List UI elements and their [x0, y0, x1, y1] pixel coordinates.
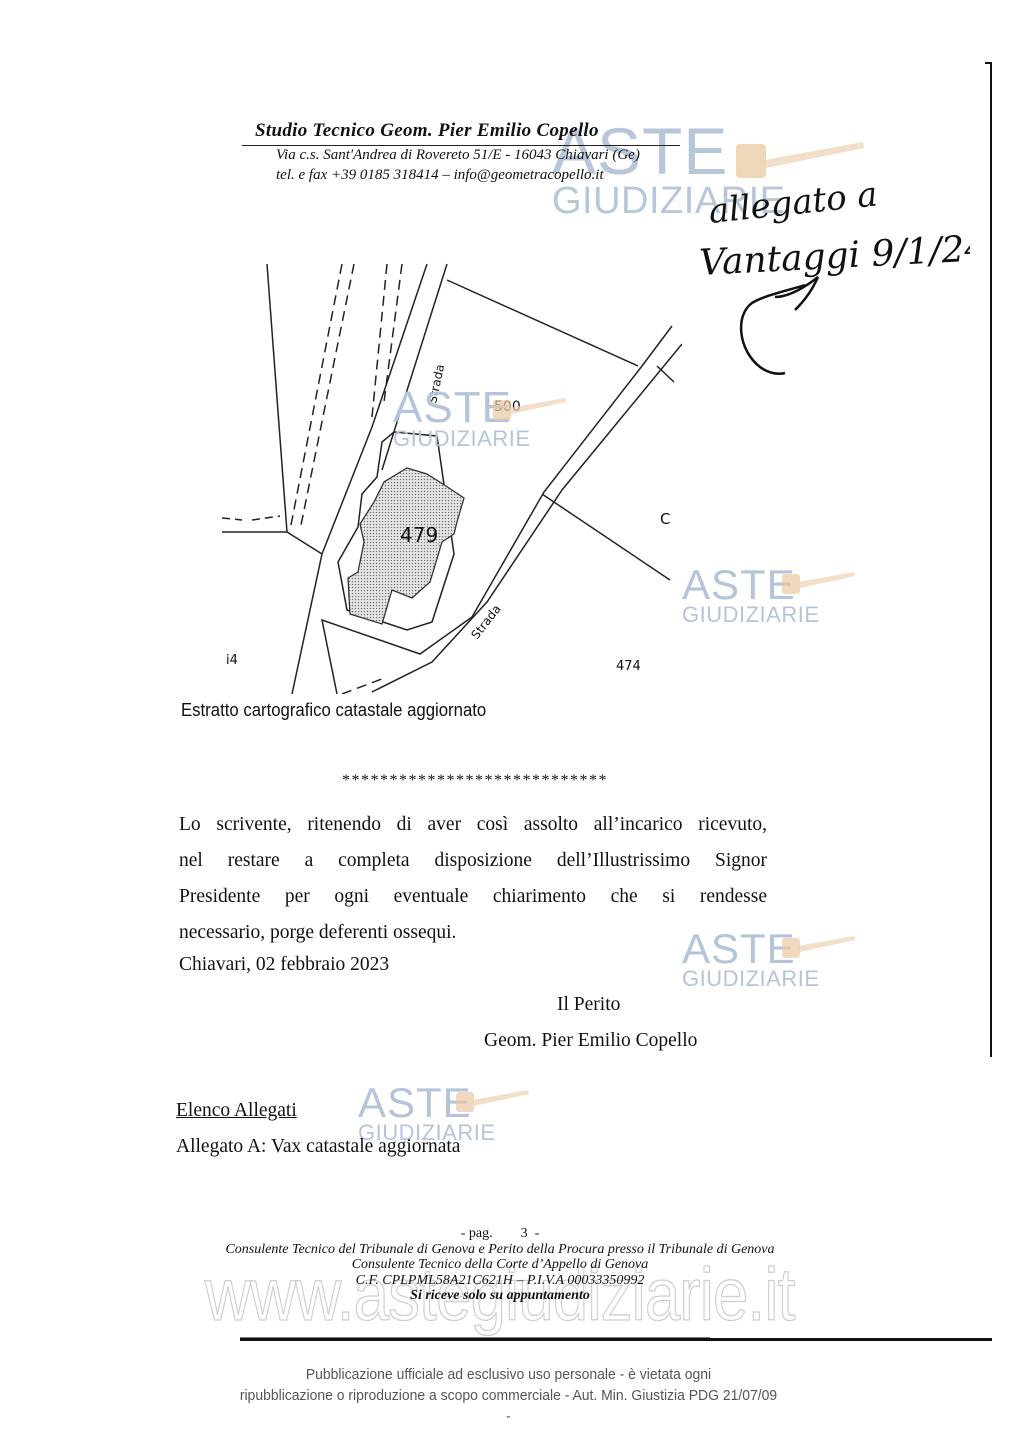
parcel-label-479: 479 [400, 523, 438, 547]
letterhead-contact: tel. e fax +39 0185 318414 – info@geomet… [276, 167, 604, 184]
footer-line-3: C.F. CPLPML58A21C621H – P.I.V.A 00033350… [170, 1273, 830, 1289]
page-edge-line [990, 62, 992, 1057]
watermark-logo-top: ASTE [682, 564, 820, 606]
document-date: Chiavari, 02 febbraio 2023 [179, 954, 389, 976]
signature-stroke [741, 285, 805, 374]
footer-rule [240, 1338, 992, 1341]
gavel-icon [778, 930, 858, 970]
watermark-aste-attachments: ASTE GIUDIZIARIE [358, 1082, 496, 1144]
closing-paragraph: Lo scrivente, ritenendo di aver così ass… [179, 807, 767, 951]
road-label-strada-1: Strada [425, 363, 447, 405]
footer-line-2: Consulente Tecnico della Corte d’Appello… [170, 1257, 830, 1273]
paragraph-line: Presidente per ogni eventuale chiariment… [179, 879, 767, 915]
handwritten-line-1: allegato a [707, 185, 880, 232]
gavel-icon [452, 1084, 532, 1124]
publication-line-1: Pubblicazione ufficiale ad esclusivo uso… [175, 1364, 842, 1385]
publication-line-3: - [175, 1406, 842, 1427]
separator-stars: **************************** [342, 772, 608, 790]
page-edge-tick [985, 62, 992, 64]
paragraph-line: nel restare a completa disposizione dell… [179, 843, 767, 879]
map-caption: Estratto cartografico catastale aggiorna… [181, 700, 486, 721]
signature-role: Il Perito [557, 994, 620, 1016]
road-label-strada-2: Strada [468, 602, 503, 642]
paragraph-line: Lo scrivente, ritenendo di aver così ass… [179, 807, 767, 843]
signature-name: Geom. Pier Emilio Copello [484, 1030, 697, 1052]
handwritten-line-2: Vantaggi 9/1/24 [698, 228, 970, 284]
handwritten-annotation: allegato a Vantaggi 9/1/24 [690, 185, 970, 380]
parcel-label-i4: i4 [226, 653, 238, 668]
footer-line-4: Si riceve solo su appuntamento [170, 1288, 830, 1304]
gavel-icon [778, 566, 858, 606]
gavel-icon [728, 130, 868, 190]
watermark-logo-top: ASTE [358, 1082, 496, 1124]
cadastral-map: 479 500 474 C i4 Strada Strada [222, 262, 682, 694]
attachments-heading: Elenco Allegati [176, 1100, 297, 1122]
paragraph-line: necessario, porge deferenti ossequi. [179, 915, 767, 951]
footer-line-1: Consulente Tecnico del Tribunale di Geno… [170, 1242, 830, 1258]
page-footer: - pag. 3 - Consulente Tecnico del Tribun… [170, 1226, 830, 1304]
publication-notice: Pubblicazione ufficiale ad esclusivo uso… [175, 1364, 842, 1427]
parcel-label-500: 500 [494, 399, 521, 415]
publication-line-2: ripubblicazione o riproduzione a scopo c… [175, 1385, 842, 1406]
letterhead-rule [242, 145, 680, 146]
page-number: - pag. 3 - [170, 1226, 830, 1242]
attachment-item: Allegato A: Vax catastale aggiornata [176, 1136, 460, 1158]
parcel-label-c: C [660, 510, 670, 528]
letterhead-address: Via c.s. Sant'Andrea di Rovereto 51/E - … [276, 147, 640, 164]
watermark-aste-right-1: ASTE GIUDIZIARIE [682, 564, 820, 626]
parcel-label-474: 474 [616, 659, 641, 674]
letterhead-title: Studio Tecnico Geom. Pier Emilio Copello [255, 120, 599, 142]
watermark-logo-bottom: GIUDIZIARIE [682, 604, 820, 626]
watermark-logo-bottom: GIUDIZIARIE [682, 968, 820, 990]
